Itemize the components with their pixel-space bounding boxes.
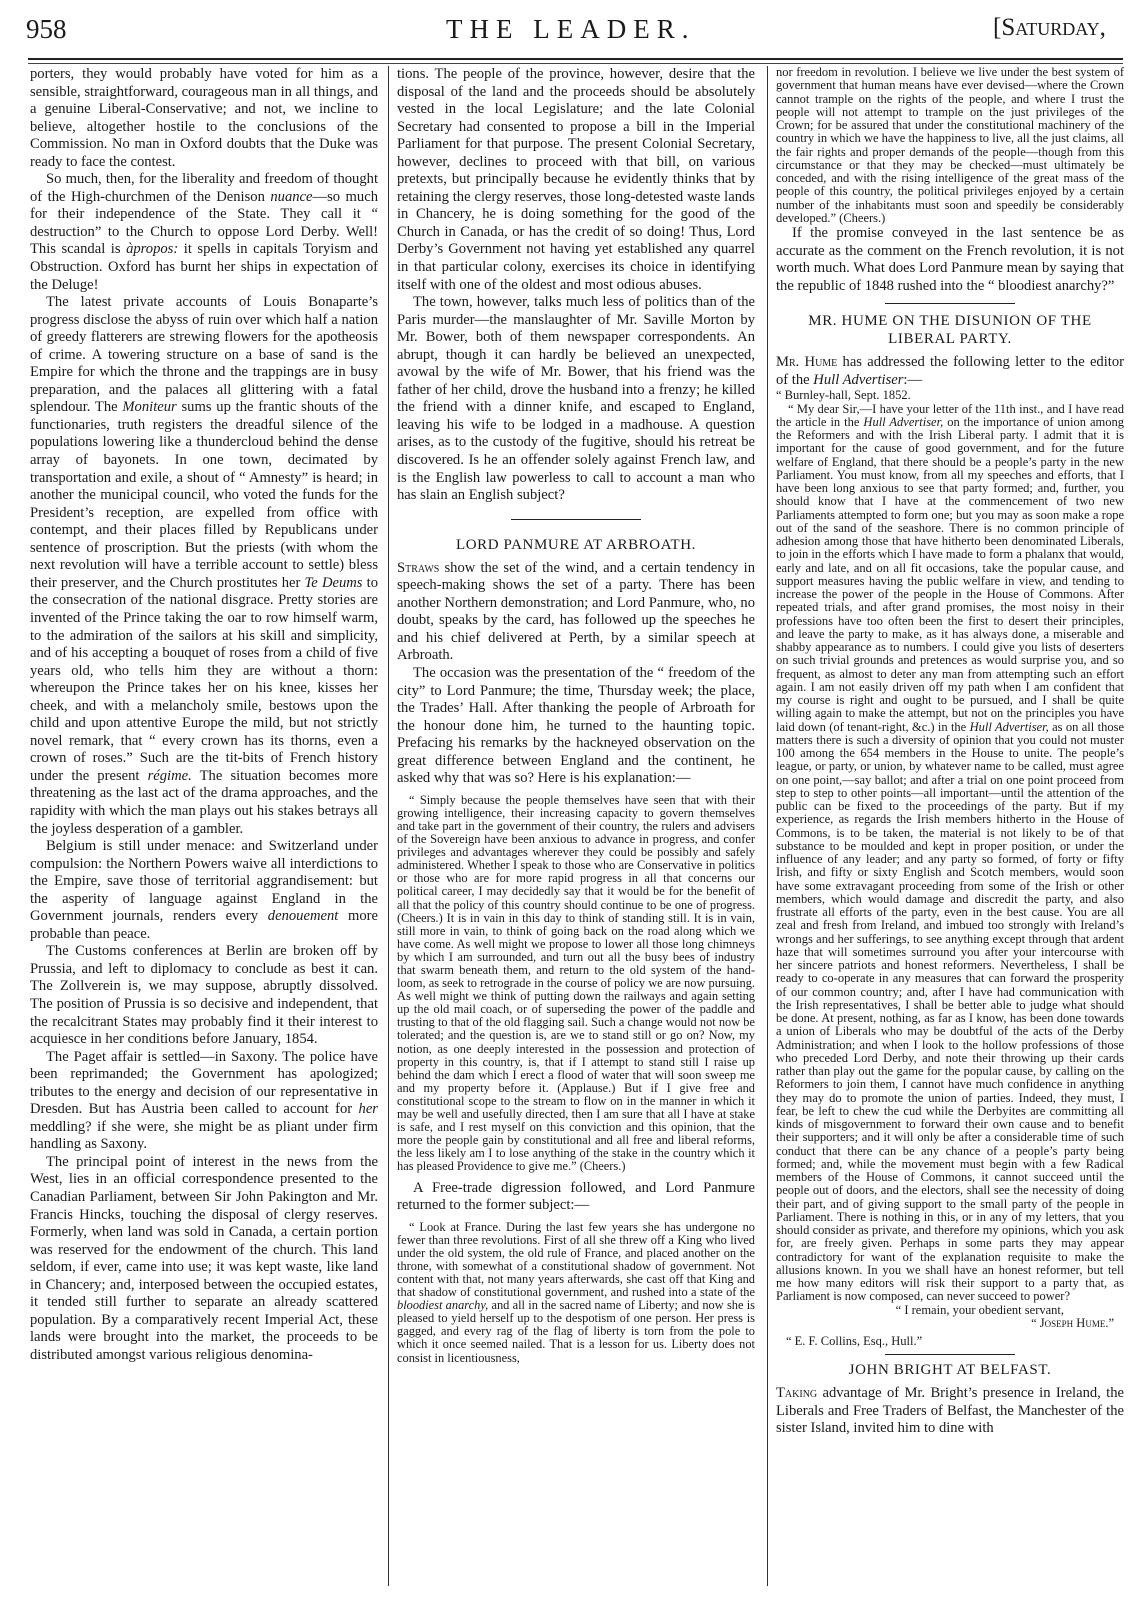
- article-heading: JOHN BRIGHT AT BELFAST.: [776, 1361, 1124, 1379]
- page-number: 958: [26, 14, 67, 45]
- quoted-speech: “ Look at France. During the last few ye…: [397, 1221, 755, 1365]
- letter-signature: “ Joseph Hume.”: [776, 1317, 1114, 1331]
- paragraph: The occasion was the presentation of the…: [397, 665, 755, 788]
- paragraph: Belgium is still under menace: and Switz…: [30, 838, 378, 943]
- paragraph: The latest private accounts of Louis Bon…: [30, 294, 378, 838]
- paragraph: porters, they would probably have voted …: [30, 66, 378, 171]
- column-2: tions. The people of the province, howev…: [397, 66, 755, 1596]
- paragraph: tions. The people of the province, howev…: [397, 66, 755, 294]
- article-heading: MR. HUME ON THE DISUNION OF THE LIBERAL …: [776, 312, 1124, 348]
- quoted-speech: nor freedom in revolution. I believe we …: [776, 66, 1124, 225]
- header-rule: [28, 58, 1123, 64]
- letter-closing: “ I remain, your obedient servant,: [776, 1304, 1064, 1318]
- paragraph: The town, however, talks much less of po…: [397, 294, 755, 505]
- paragraph: So much, then, for the liberality and fr…: [30, 171, 378, 294]
- column-1: porters, they would probably have voted …: [30, 66, 378, 1596]
- column-3: nor freedom in revolution. I believe we …: [776, 66, 1124, 1596]
- letter-address: “ E. F. Collins, Esq., Hull.”: [786, 1335, 1124, 1349]
- quoted-speech: “ Simply because the people themselves h…: [397, 794, 755, 1174]
- paragraph: The Paget affair is settled—in Saxony. T…: [30, 1049, 378, 1154]
- column-rule: [767, 66, 768, 1586]
- article-heading: LORD PANMURE AT ARBROATH.: [397, 536, 755, 554]
- letter-body: “ My dear Sir,—I have your letter of the…: [776, 403, 1124, 1304]
- paragraph: Taking advantage of Mr. Bright’s presenc…: [776, 1385, 1124, 1438]
- section-divider: [511, 519, 641, 520]
- paragraph: Straws show the set of the wind, and a c…: [397, 560, 755, 665]
- column-rule: [388, 66, 389, 1586]
- masthead: 958 THE LEADER. [Saturday,: [0, 0, 1147, 58]
- paragraph: The principal point of interest in the n…: [30, 1154, 378, 1365]
- paragraph: A Free-trade digression followed, and Lo…: [397, 1180, 755, 1215]
- paragraph: The Customs conferences at Berlin are br…: [30, 943, 378, 1048]
- letter-dateline: “ Burnley-hall, Sept. 1852.: [776, 389, 1124, 402]
- newspaper-title: THE LEADER.: [446, 14, 695, 45]
- section-divider: [885, 303, 1015, 304]
- paragraph: Mr. Hume has addressed the following let…: [776, 354, 1124, 389]
- issue-day: [Saturday,: [993, 14, 1106, 42]
- section-divider: [885, 1354, 1015, 1355]
- paragraph: If the promise conveyed in the last sent…: [776, 225, 1124, 295]
